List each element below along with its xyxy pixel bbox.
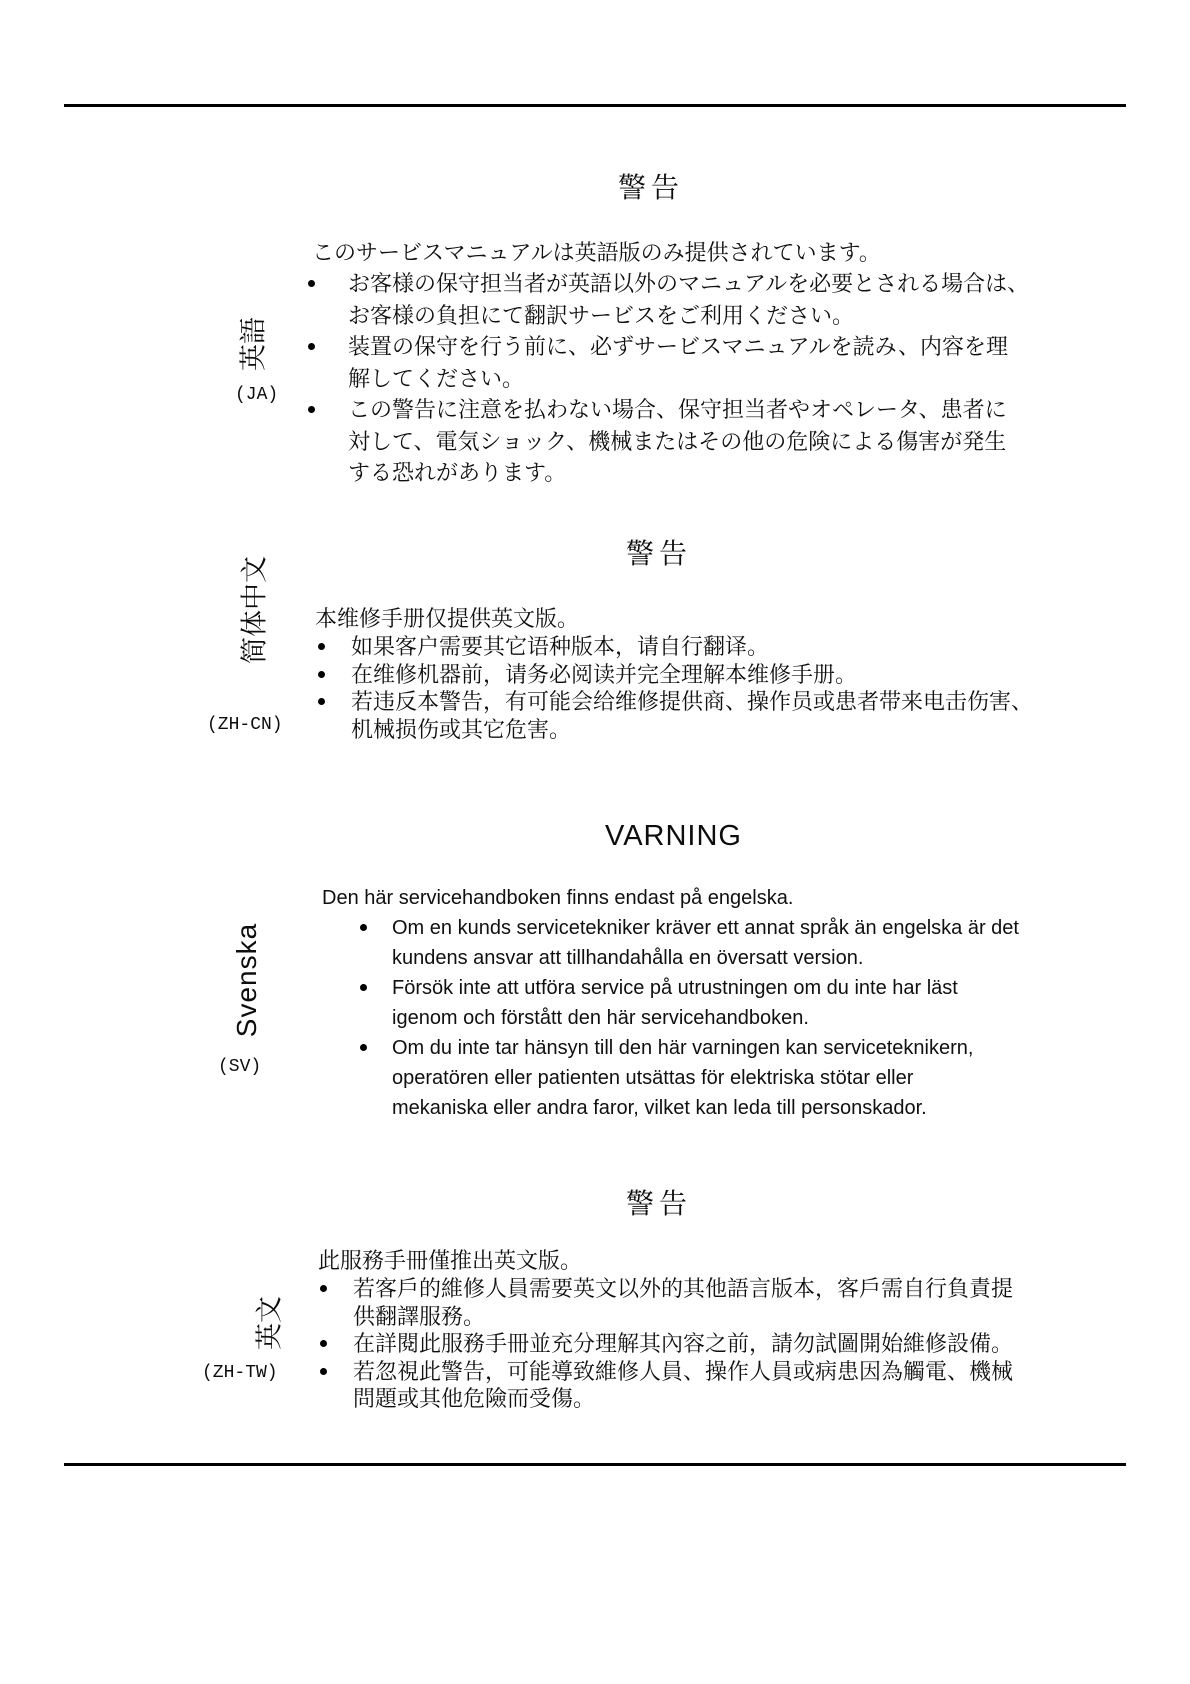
bullet-item: Om en kunds servicetekniker kräver ett a…	[360, 913, 1019, 973]
bullet-line: kundens ansvar att tillhandahålla en öve…	[392, 943, 1019, 973]
bullet-item: 若违反本警告，有可能会给维修提供商、操作员或患者带来电击伤害、 机械损伤或其它危…	[318, 688, 1033, 743]
bullet-icon	[360, 1044, 367, 1051]
section-intro-zh-cn: 本维修手册仅提供英文版。	[315, 605, 579, 633]
section-heading-sv: VARNING	[605, 820, 742, 852]
section-heading-zh-tw: 警告	[626, 1188, 692, 1220]
language-label-ja: 英語	[232, 317, 271, 371]
bullet-line: 若违反本警告，有可能会给维修提供商、操作员或患者带来电击伤害、	[351, 688, 1033, 716]
bullet-line: 問題或其他危險而受傷。	[353, 1385, 1013, 1413]
section-intro-zh-tw: 此服務手冊僅推出英文版。	[318, 1247, 582, 1275]
bullet-item: 在维修机器前，请务必阅读并完全理解本维修手册。	[318, 661, 1033, 689]
bullet-icon	[360, 984, 367, 991]
bullet-item: 在詳閱此服務手冊並充分理解其內容之前，請勿試圖開始維修設備。	[320, 1330, 1013, 1358]
language-label-zh-cn: 简体中文	[233, 556, 272, 664]
bullet-list-ja: お客様の保守担当者が英語以外のマニュアルを必要とされる場合は、 お客様の負担にて…	[308, 268, 1029, 489]
bullet-item: Försök inte att utföra service på utrust…	[360, 973, 1019, 1033]
bullet-line: 装置の保守を行う前に、必ずサービスマニュアルを読み、内容を理	[348, 331, 1029, 363]
bullet-icon	[308, 343, 315, 350]
language-code-zh-tw: (ZH-TW)	[202, 1363, 278, 1383]
bullet-item: お客様の保守担当者が英語以外のマニュアルを必要とされる場合は、 お客様の負担にて…	[308, 268, 1029, 331]
bullet-line: 在维修机器前，请务必阅读并完全理解本维修手册。	[351, 661, 1033, 689]
bullet-icon	[318, 643, 325, 650]
bullet-list-zh-cn: 如果客户需要其它语种版本，请自行翻译。 在维修机器前，请务必阅读并完全理解本维修…	[318, 633, 1033, 743]
section-intro-ja: このサービスマニュアルは英語版のみ提供されています。	[312, 237, 881, 269]
section-intro-sv: Den här servicehandboken finns endast på…	[322, 883, 793, 913]
section-heading-ja: 警告	[618, 172, 684, 204]
bullet-line: igenom och förstått den här servicehandb…	[392, 1003, 1019, 1033]
bullet-item: 若客戶的維修人員需要英文以外的其他語言版本，客戶需自行負責提 供翻譯服務。	[320, 1275, 1013, 1330]
bullet-icon	[318, 698, 325, 705]
language-code-sv: (SV)	[218, 1057, 261, 1077]
bullet-icon	[308, 406, 315, 413]
bullet-line: お客様の負担にて翻訳サービスをご利用ください。	[348, 300, 1029, 332]
bullet-line: する恐れがあります。	[348, 457, 1029, 489]
bullet-item: 若忽視此警告，可能導致維修人員、操作人員或病患因為觸電、機械 問題或其他危險而受…	[320, 1358, 1013, 1413]
bullet-line: 対して、電気ショック、機械またはその他の危険による傷害が発生	[348, 426, 1029, 458]
bullet-item: 如果客户需要其它语种版本，请自行翻译。	[318, 633, 1033, 661]
language-label-sv: Svenska	[231, 923, 263, 1037]
bullet-item: 装置の保守を行う前に、必ずサービスマニュアルを読み、内容を理 解してください。	[308, 331, 1029, 394]
bullet-icon	[318, 671, 325, 678]
bullet-list-sv: Om en kunds servicetekniker kräver ett a…	[360, 913, 1019, 1123]
bullet-item: この警告に注意を払わない場合、保守担当者やオペレータ、患者に 対して、電気ショッ…	[308, 394, 1029, 489]
bullet-item: Om du inte tar hänsyn till den här varni…	[360, 1033, 1019, 1123]
bullet-line: 若客戶的維修人員需要英文以外的其他語言版本，客戶需自行負責提	[353, 1275, 1013, 1303]
language-code-ja: (JA)	[235, 385, 278, 405]
bullet-line: 解してください。	[348, 363, 1029, 395]
bottom-rule	[64, 1463, 1126, 1466]
bullet-icon	[320, 1340, 327, 1347]
bullet-icon	[320, 1285, 327, 1292]
bullet-icon	[360, 924, 367, 931]
bullet-line: Försök inte att utföra service på utrust…	[392, 973, 1019, 1003]
bullet-icon	[308, 280, 315, 287]
bullet-line: 若忽視此警告，可能導致維修人員、操作人員或病患因為觸電、機械	[353, 1358, 1013, 1386]
bullet-line: mekaniska eller andra faror, vilket kan …	[392, 1093, 1019, 1123]
bullet-list-zh-tw: 若客戶的維修人員需要英文以外的其他語言版本，客戶需自行負責提 供翻譯服務。 在詳…	[320, 1275, 1013, 1413]
bullet-line: 如果客户需要其它语种版本，请自行翻译。	[351, 633, 1033, 661]
bullet-line: Om en kunds servicetekniker kräver ett a…	[392, 913, 1019, 943]
language-code-zh-cn: (ZH-CN)	[207, 715, 283, 735]
bullet-line: 在詳閱此服務手冊並充分理解其內容之前，請勿試圖開始維修設備。	[353, 1330, 1013, 1358]
bullet-line: お客様の保守担当者が英語以外のマニュアルを必要とされる場合は、	[348, 268, 1029, 300]
section-heading-zh-cn: 警告	[626, 538, 692, 570]
bullet-line: operatören eller patienten utsättas för …	[392, 1063, 1019, 1093]
bullet-line: Om du inte tar hänsyn till den här varni…	[392, 1033, 1019, 1063]
bullet-line: 机械损伤或其它危害。	[351, 716, 1033, 744]
bullet-line: 供翻譯服務。	[353, 1303, 1013, 1331]
bullet-line: この警告に注意を払わない場合、保守担当者やオペレータ、患者に	[348, 394, 1029, 426]
bullet-icon	[320, 1368, 327, 1375]
page: 警告 英語 (JA) このサービスマニュアルは英語版のみ提供されています。 お客…	[0, 0, 1190, 1684]
top-rule	[64, 104, 1126, 107]
language-label-zh-tw: 英文	[248, 1296, 287, 1350]
